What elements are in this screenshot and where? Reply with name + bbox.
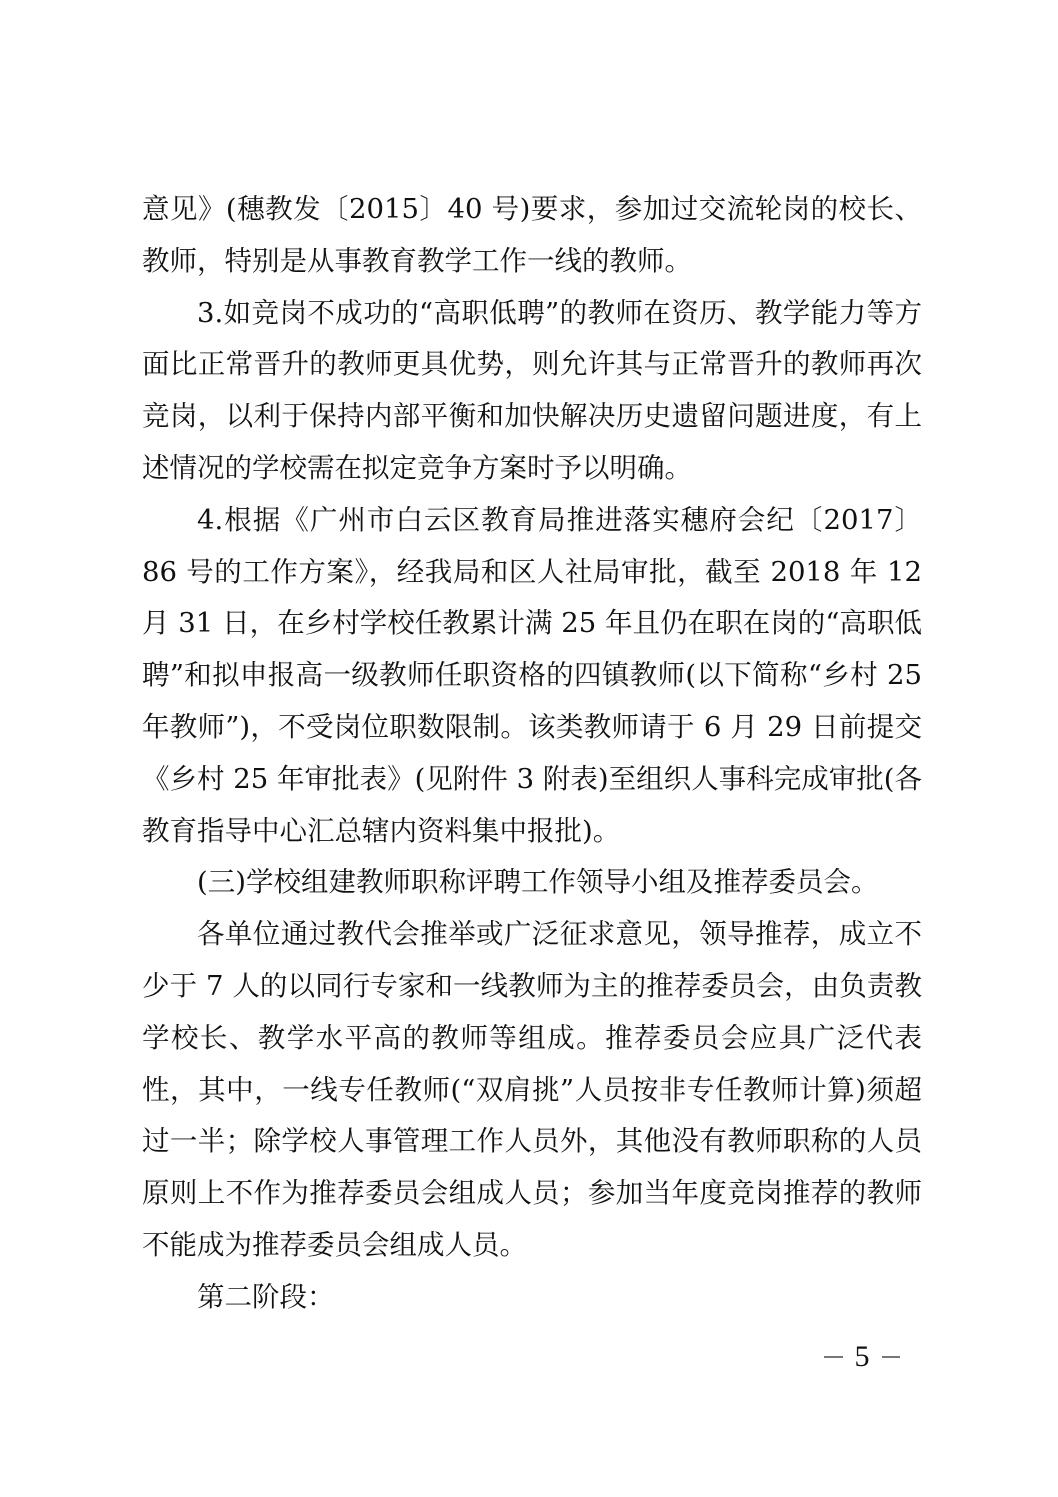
paragraph-exchange-rotation: 意见》(穗教发〔2015〕40 号)要求，参加过交流轮岗的校长、教师，特别是从事…	[142, 184, 922, 288]
document-page: 意见》(穗教发〔2015〕40 号)要求，参加过交流轮岗的校长、教师，特别是从事…	[0, 0, 1058, 1497]
document-body: 意见》(穗教发〔2015〕40 号)要求，参加过交流轮岗的校长、教师，特别是从事…	[142, 184, 922, 1324]
section-heading-3: (三)学校组建教师职称评聘工作领导小组及推荐委员会。	[142, 857, 922, 909]
paragraph-item-3: 3.如竞岗不成功的“高职低聘”的教师在资历、教学能力等方面比正常晋升的教师更具优…	[142, 288, 922, 495]
paragraph-item-4: 4.根据《广州市白云区教育局推进落实穗府会纪〔2017〕86 号的工作方案》，经…	[142, 495, 922, 858]
paragraph-committee: 各单位通过教代会推举或广泛征求意见，领导推荐，成立不少于 7 人的以同行专家和一…	[142, 909, 922, 1272]
page-number: 5	[812, 1337, 912, 1377]
page-number-value: 5	[855, 1340, 870, 1374]
page-number-dash-right	[882, 1356, 901, 1358]
stage-two-heading: 第二阶段：	[142, 1272, 922, 1324]
page-number-dash-left	[824, 1356, 843, 1358]
